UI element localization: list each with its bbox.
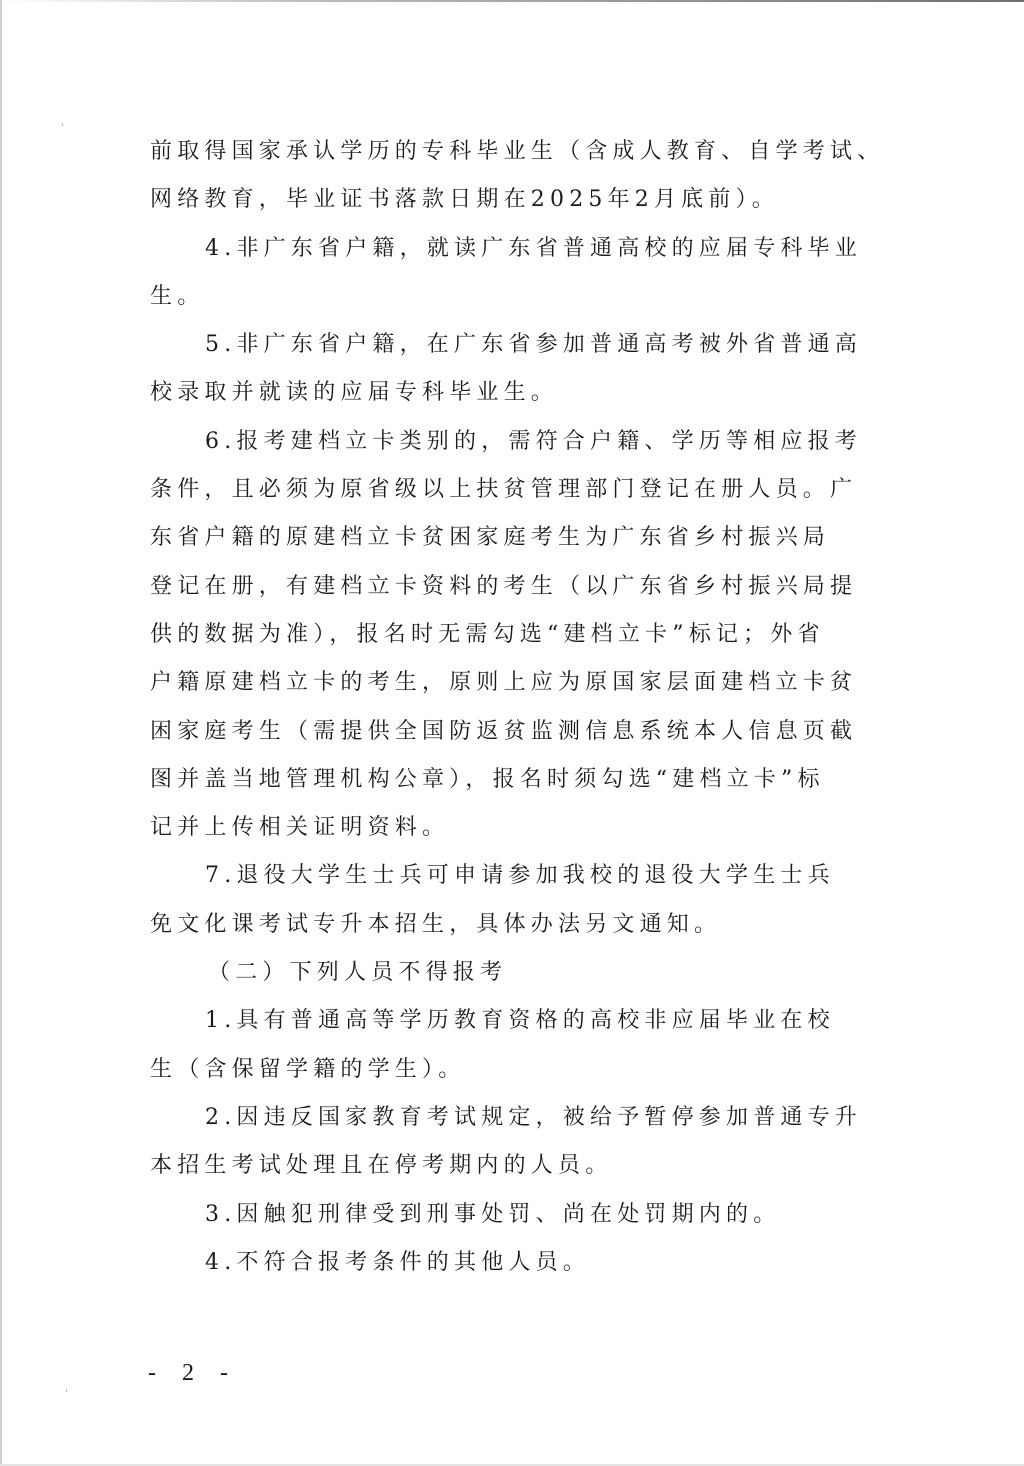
text-line: 网络教育，毕业证书落款日期在2025年2月底前）。 xyxy=(150,176,868,224)
text-line: 免文化课考试专升本招生，具体办法另文通知。 xyxy=(150,901,868,949)
excluded-item-4: 4.不符合报考条件的其他人员。 xyxy=(150,1239,868,1287)
text-line: 图并盖当地管理机构公章），报名时须勾选“建档立卡”标 xyxy=(150,756,868,804)
text-line: 条件，且必须为原省级以上扶贫管理部门登记在册人员。广 xyxy=(150,466,868,514)
text-line: 记并上传相关证明资料。 xyxy=(150,804,868,852)
text-line: 户籍原建档立卡的考生，原则上应为原国家层面建档立卡贫 xyxy=(150,659,868,707)
excluded-item-2: 2.因违反国家教育考试规定，被给予暂停参加普通专升 xyxy=(150,1094,868,1142)
page-number: - 2 - xyxy=(148,1360,238,1387)
scan-speck xyxy=(66,1389,67,1392)
list-item-7: 7.退役大学生士兵可申请参加我校的退役大学生士兵 xyxy=(150,852,868,900)
scan-speck xyxy=(62,123,63,126)
excluded-item-1: 1.具有普通高等学历教育资格的高校非应届毕业在校 xyxy=(150,997,868,1045)
text-line: 困家庭考生（需提供全国防返贫监测信息系统本人信息页截 xyxy=(150,708,868,756)
section-heading: （二）下列人员不得报考 xyxy=(150,949,868,997)
text-line: 登记在册，有建档立卡资料的考生（以广东省乡村振兴局提 xyxy=(150,563,868,611)
text-line: 生（含保留学籍的学生）。 xyxy=(150,1046,868,1094)
text-line: 校录取并就读的应届专科毕业生。 xyxy=(150,369,868,417)
list-item-6: 6.报考建档立卡类别的，需符合户籍、学历等相应报考 xyxy=(150,418,868,466)
page-edge-left xyxy=(0,0,2,1466)
list-item-4: 4.非广东省户籍，就读广东省普通高校的应届专科毕业 xyxy=(150,225,868,273)
text-line: 生。 xyxy=(150,273,868,321)
text-line: 本招生考试处理且在停考期内的人员。 xyxy=(150,1142,868,1190)
text-line: 供的数据为准），报名时无需勾选“建档立卡”标记；外省 xyxy=(150,611,868,659)
page-edge-top xyxy=(0,0,1024,2)
list-item-5: 5.非广东省户籍，在广东省参加普通高考被外省普通高 xyxy=(150,321,868,369)
text-line: 东省户籍的原建档立卡贫困家庭考生为广东省乡村振兴局 xyxy=(150,514,868,562)
text-line: 前取得国家承认学历的专科毕业生（含成人教育、自学考试、 xyxy=(150,128,868,176)
document-body: 前取得国家承认学历的专科毕业生（含成人教育、自学考试、 网络教育，毕业证书落款日… xyxy=(150,128,868,1287)
excluded-item-3: 3.因触犯刑律受到刑事处罚、尚在处罚期内的。 xyxy=(150,1191,868,1239)
